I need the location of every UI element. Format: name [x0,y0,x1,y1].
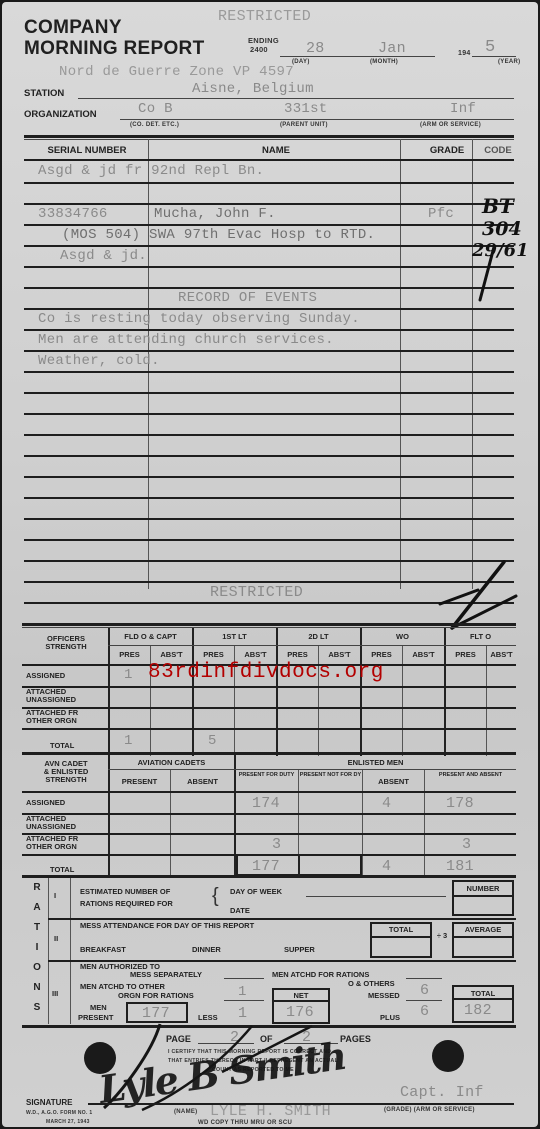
rations-section-ii: II [54,935,58,943]
brace-icon: { [212,885,219,908]
enlisted-row-total: TOTAL [50,866,74,874]
officers-strength-title: OFFICERS STRENGTH [26,635,106,651]
watermark-site: 83rdinfdivdocs.org [148,661,384,684]
enlisted-strength-title: AVN CADET & ENLISTED STRENGTH [26,760,106,784]
signature-strokes [82,1022,372,1112]
org-company: Co B [138,101,173,117]
rank-value: Capt. Inf [400,1084,484,1101]
atchd-other-value: 1 [238,984,247,1000]
officers-row-assigned: ASSIGNED [26,672,65,680]
ending-time-label: 2400 [250,45,268,54]
handwritten-stroke [472,242,512,302]
others-messed-value: 6 [420,982,429,999]
officer-group-1st-lt: 1ST LT [193,632,276,641]
officer-group-wo: WO [361,632,444,641]
form-date: MARCH 27, 1943 [46,1119,90,1125]
officer-group-2d-lt: 2D LT [277,632,360,641]
copy-note: WD COPY THRU MRU OR SCU [198,1120,292,1126]
signature-label: SIGNATURE [26,1099,73,1107]
roster-line-5: Asgd & jd. [60,248,147,264]
officers-total-fld-pres: 1 [124,733,133,749]
record-of-events-title: RECORD OF EVENTS [178,290,317,306]
roster-grade: Pfc [428,206,454,222]
binder-hole-right [432,1040,464,1072]
form-title-line1: COMPANY [24,17,122,38]
roster-name: Mucha, John F. [154,206,276,222]
ending-label: ENDING [248,36,279,45]
day-of-week-label: DAY OF WEEK [230,888,282,896]
roster-serial-number: 33834766 [38,206,108,222]
enlisted-row-assigned: ASSIGNED [26,799,65,807]
station-label: STATION [24,88,64,99]
form-title-line2: MORNING REPORT [24,38,204,59]
station-value: Aisne, Belgium [192,81,314,97]
less-label: LESS [198,1014,218,1022]
enlisted-assigned-present-absent: 178 [446,795,474,812]
event-line-1: Co is resting today observing Sunday. [38,311,360,327]
aviation-cadets-group: AVIATION CADETS [109,758,234,767]
men-present-value: 177 [142,1005,170,1022]
morning-report-card: RESTRICTED COMPANY MORNING REPORT ENDING… [2,2,538,1127]
rations-total-value: 182 [464,1002,492,1019]
roster-line-4: (MOS 504) SWA 97th Evac Hosp to RTD. [62,227,375,243]
event-line-3: Weather, cold. [38,353,160,369]
officers-total-1stlt-pres: 5 [208,733,217,749]
col-serial-number: SERIAL NUMBER [32,145,142,156]
org-arm: Inf [450,101,476,117]
enlisted-assigned-present-duty: 174 [252,795,280,812]
enlisted-row-attached-unassigned: ATTACHED UNASSIGNED [26,815,102,831]
officer-group-flt-o: FLT O [445,632,516,641]
date-label: DATE [230,907,250,915]
col-code: CODE [482,145,514,156]
enlisted-total-absent: 4 [382,858,391,875]
officers-row-attached-unassigned: ATTACHED UNASSIGNED [26,688,100,704]
org-parent-unit: 331st [284,101,328,117]
enlisted-men-group: ENLISTED MEN [235,758,516,767]
report-day: 28 [306,40,325,57]
officers-assigned-fld-pres: 1 [124,667,133,683]
roster-line-1: Asgd & jd fr 92nd Repl Bn. [38,163,264,179]
enlisted-total-present-duty: 177 [252,858,280,875]
supper-label: SUPPER [284,946,315,954]
report-month: Jan [378,40,406,57]
officers-row-attached-other: ATTACHED FR OTHER ORGN [26,709,100,725]
event-line-2: Men are attending church services. [38,332,334,348]
enlisted-attached-present-absent: 3 [462,836,471,853]
rations-section-iii: III [52,990,58,998]
divide-by-three: ÷ 3 [436,932,448,940]
form-number: W.D., A.G.O. FORM NO. 1 [26,1110,92,1116]
rations-section-i: I [54,892,56,900]
station-line1: Nord de Guerre Zone VP 4597 [59,64,294,80]
organization-label: ORGANIZATION [24,109,97,120]
handwritten-page-mark [432,560,522,632]
less-value: 1 [238,1005,247,1022]
col-grade: GRADE [414,145,480,156]
restricted-stamp-bottom: RESTRICTED [210,584,303,601]
dinner-label: DINNER [192,946,221,954]
plus-value: 6 [420,1003,429,1020]
col-name: NAME [150,145,402,156]
report-year: 5 [485,38,496,57]
rations-vertical-label: R A T I O N S [30,882,44,1013]
net-value: 176 [286,1004,314,1021]
breakfast-label: BREAKFAST [80,946,126,954]
handwritten-code-2: 304 [482,218,522,240]
restricted-stamp-top: RESTRICTED [218,8,311,25]
enlisted-row-attached-other: ATTACHED FR OTHER ORGN [26,835,102,851]
enlisted-attached-present-duty: 3 [272,836,281,853]
officers-row-total: TOTAL [50,742,74,750]
year-prefix: 194 [458,50,471,57]
enlisted-total-present-absent: 181 [446,858,474,875]
plus-label: PLUS [380,1014,400,1022]
officer-group-fld-capt: FLD O & CAPT [109,632,192,641]
handwritten-code-1: BT [482,194,514,218]
enlisted-assigned-absent: 4 [382,795,391,812]
commander-name: LYLE H. SMITH [210,1103,331,1120]
